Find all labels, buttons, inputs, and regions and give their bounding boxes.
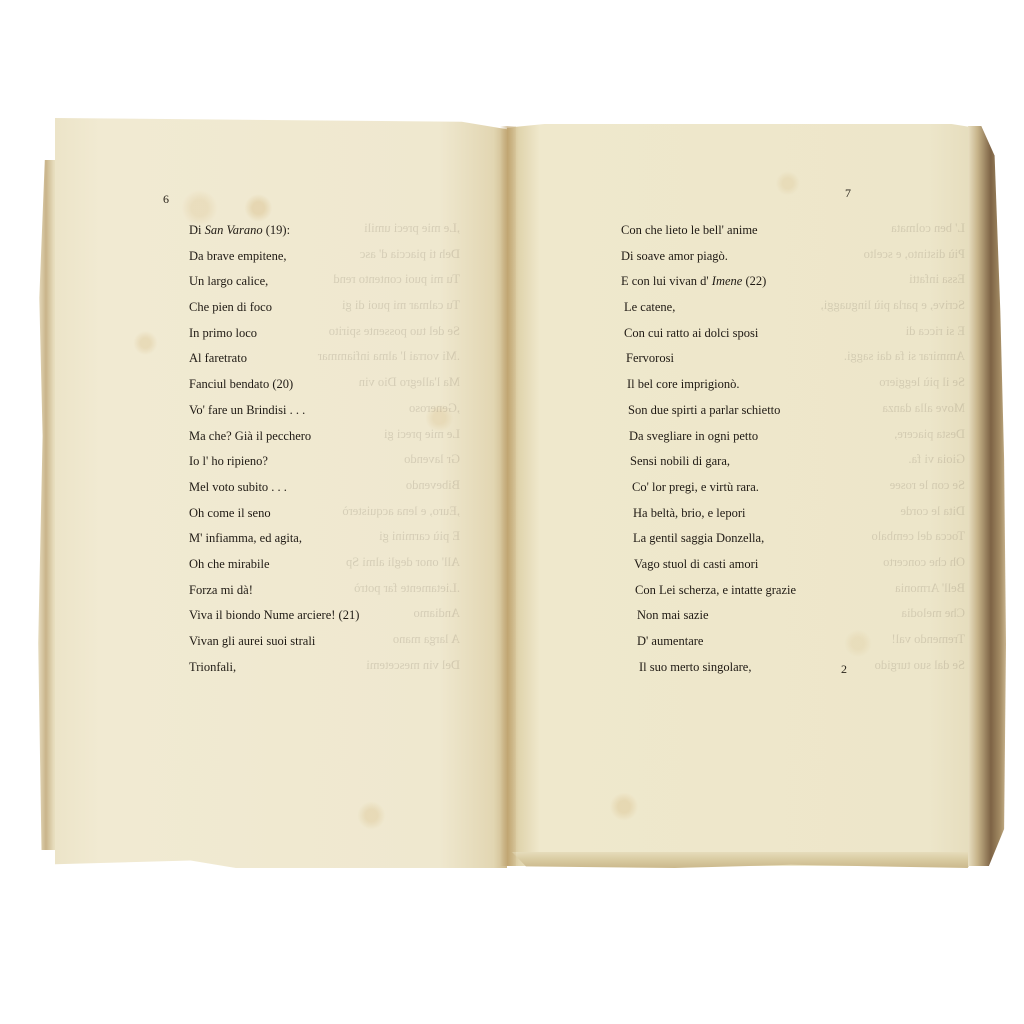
bleed-line: Scrive, e parla più linguaggi, xyxy=(775,293,965,319)
right-page-poem: Con che lieto le bell' animeDi soave amo… xyxy=(621,218,796,680)
poem-line: Di San Varano (19): xyxy=(189,218,359,244)
poem-line: Vago stuol di casti amori xyxy=(621,552,796,578)
poem-line: D' aumentare xyxy=(621,629,796,655)
poem-line: Con cui ratto ai dolci sposi xyxy=(621,321,796,347)
poem-line: Da brave empitene, xyxy=(189,244,359,270)
poem-line: Le catene, xyxy=(621,295,796,321)
open-book: Le mie preci umili,Deh ti piaccia d' asc… xyxy=(0,0,1024,1024)
poem-line: Fanciul bendato (20) xyxy=(189,372,359,398)
bleed-line: Gioia vi fa. xyxy=(775,447,965,473)
poem-line: Trionfali, xyxy=(189,655,359,681)
poem-line: Con Lei scherza, e intatte grazie xyxy=(621,578,796,604)
poem-line: Son due spirti a parlar schietto xyxy=(621,398,796,424)
page-number-right: 7 xyxy=(845,186,851,201)
bleed-line: Bell' Armonia xyxy=(775,576,965,602)
poem-line: In primo loco xyxy=(189,321,359,347)
poem-line: Da svegliare in ogni petto xyxy=(621,424,796,450)
right-page-bleed-through: L' ben colmataPiù distinto, e sceltoEssa… xyxy=(775,216,965,678)
bleed-line: Più distinto, e scelto xyxy=(775,242,965,268)
poem-line: Con che lieto le bell' anime xyxy=(621,218,796,244)
poem-line: La gentil saggia Donzella, xyxy=(621,526,796,552)
bleed-line: Desta piacere, xyxy=(775,422,965,448)
book-spine xyxy=(500,126,516,866)
signature-mark: 2 xyxy=(841,662,847,677)
poem-line: Un largo calice, xyxy=(189,269,359,295)
poem-line: Forza mi dà! xyxy=(189,578,359,604)
poem-line: Oh come il seno xyxy=(189,501,359,527)
poem-line: Co' lor pregi, e virtù rara. xyxy=(621,475,796,501)
poem-line: Ma che? Già il pecchero xyxy=(189,424,359,450)
poem-line: E con lui vivan d' Imene (22) xyxy=(621,269,796,295)
italic-name: Imene xyxy=(712,274,743,288)
poem-line: Il suo merto singolare, xyxy=(621,655,796,681)
poem-line: Sensi nobili di gara, xyxy=(621,449,796,475)
bleed-line: Se dal suo turgido xyxy=(775,653,965,679)
bleed-line: Se il più leggiero xyxy=(775,370,965,396)
poem-line: Fervorosi xyxy=(621,346,796,372)
left-page-edge xyxy=(36,160,58,850)
poem-line: Mel voto subito . . . xyxy=(189,475,359,501)
bleed-line: Move alla danza xyxy=(775,396,965,422)
poem-line: Non mai sazie xyxy=(621,603,796,629)
right-page-bottom-edge xyxy=(512,852,977,868)
bleed-line: Se con le rosee xyxy=(775,473,965,499)
bleed-line: L' ben colmata xyxy=(775,216,965,242)
bleed-line: Essa infatti xyxy=(775,267,965,293)
poem-line: Vo' fare un Brindisi . . . xyxy=(189,398,359,424)
page-number-left: 6 xyxy=(163,192,169,207)
bleed-line: Tocca del cembalo xyxy=(775,524,965,550)
bleed-line: Dita le corde xyxy=(775,499,965,525)
italic-name: San Varano xyxy=(205,223,263,237)
bleed-line: E si ricca di xyxy=(775,319,965,345)
bleed-line: Che melodia xyxy=(775,601,965,627)
poem-line: Che pien di foco xyxy=(189,295,359,321)
left-page-poem: Di San Varano (19):Da brave empitene,Un … xyxy=(189,218,359,680)
poem-line: Vivan gli aurei suoi strali xyxy=(189,629,359,655)
poem-line: Di soave amor piagò. xyxy=(621,244,796,270)
poem-line: M' infiamma, ed agita, xyxy=(189,526,359,552)
bleed-line: Tremendo val! xyxy=(775,627,965,653)
bleed-line: Ammirar si fa dai saggi. xyxy=(775,344,965,370)
poem-line: Al faretrato xyxy=(189,346,359,372)
right-page-edge xyxy=(968,126,1006,866)
poem-line: Io l' ho ripieno? xyxy=(189,449,359,475)
poem-line: Oh che mirabile xyxy=(189,552,359,578)
poem-line: Viva il biondo Nume arciere! (21) xyxy=(189,603,359,629)
poem-line: Il bel core imprigionò. xyxy=(621,372,796,398)
poem-line: Ha beltà, brio, e lepori xyxy=(621,501,796,527)
bleed-line: Oh che concerto xyxy=(775,550,965,576)
